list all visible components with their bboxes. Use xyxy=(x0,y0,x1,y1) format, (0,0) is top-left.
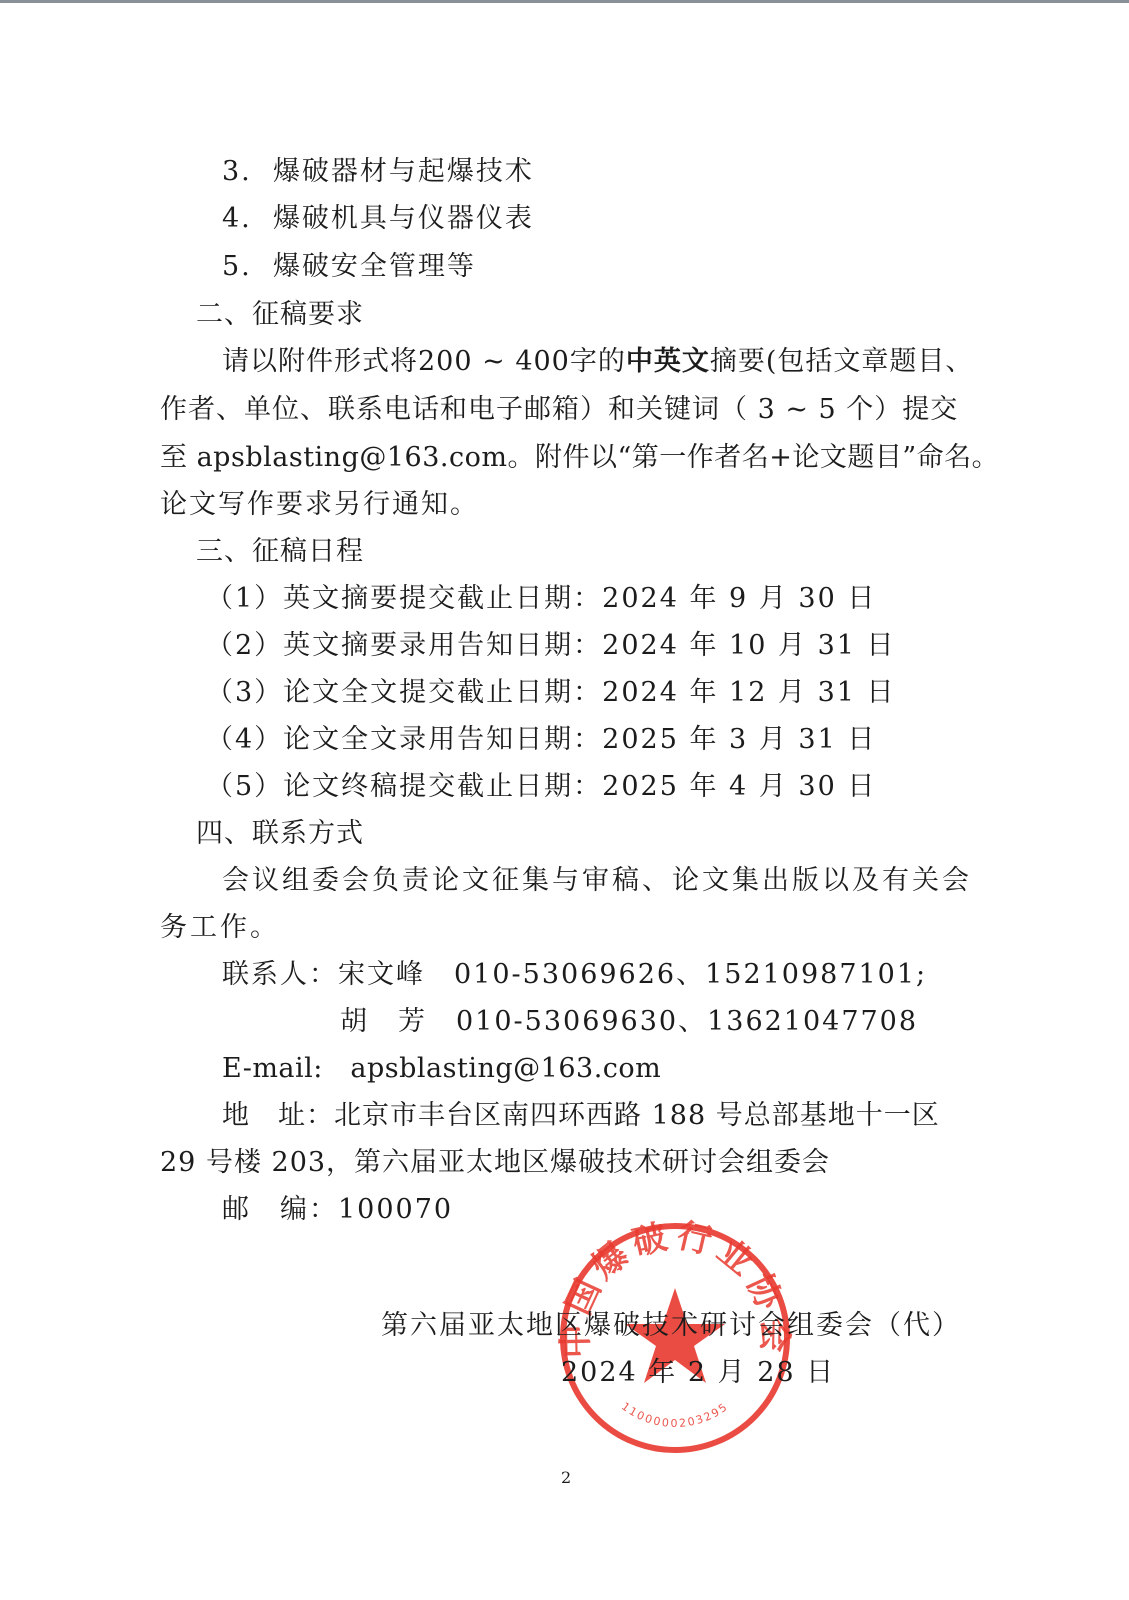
section-heading-schedule: 三、征稿日程 xyxy=(196,535,364,569)
topic-item-3: 3. 爆破器材与起爆技术 xyxy=(222,155,534,189)
requirements-line-2: 作者、单位、联系电话和电子邮箱）和关键词（ 3 ~ 5 个）提交 xyxy=(160,393,958,427)
page-number: 2 xyxy=(561,1468,571,1487)
topic-text: 爆破器材与起爆技术 xyxy=(273,156,534,187)
signature-organization: 第六届亚太地区爆破技术研讨会组委会（代） xyxy=(381,1309,961,1343)
signature-date: 2024 年 2 月 28 日 xyxy=(561,1356,835,1390)
text-span: 请以附件形式将200 ~ 400字的 xyxy=(222,346,626,377)
topic-number: 4. xyxy=(222,203,252,234)
svg-text:1100000203295: 1100000203295 xyxy=(619,1400,731,1430)
contact-person-1: 联系人：宋文峰 010-53069626、15210987101; xyxy=(222,958,927,992)
topic-text: 爆破安全管理等 xyxy=(273,251,476,282)
scan-top-edge xyxy=(0,0,1129,3)
requirements-line-3: 至 apsblasting@163.com。附件以“第一作者名+论文题目”命名。 xyxy=(160,441,999,475)
contact-paragraph-line-2: 务工作。 xyxy=(160,911,280,945)
topic-item-4: 4. 爆破机具与仪器仪表 xyxy=(222,202,534,236)
bold-text-span: 中英文 xyxy=(626,346,710,377)
topic-item-5: 5. 爆破安全管理等 xyxy=(222,250,476,284)
section-heading-contact: 四、联系方式 xyxy=(196,817,364,851)
contact-address-line-2: 29 号楼 203，第六届亚太地区爆破技术研讨会组委会 xyxy=(160,1146,830,1180)
schedule-item: （5）论文终稿提交截止日期：2025 年 4 月 30 日 xyxy=(206,770,876,804)
topic-text: 爆破机具与仪器仪表 xyxy=(273,203,534,234)
topic-number: 3. xyxy=(222,156,252,187)
section-heading-requirements: 二、征稿要求 xyxy=(196,298,364,332)
contact-address-line-1: 地 址：北京市丰台区南四环西路 188 号总部基地十一区 xyxy=(222,1099,940,1133)
contact-email: E-mail: apsblasting@163.com xyxy=(222,1052,661,1086)
requirements-line-4: 论文写作要求另行通知。 xyxy=(160,488,479,522)
topic-number: 5. xyxy=(222,251,252,282)
text-span: 摘要(包括文章题目、 xyxy=(710,346,974,377)
schedule-item: （3）论文全文提交截止日期：2024 年 12 月 31 日 xyxy=(206,676,896,710)
schedule-item: （4）论文全文录用告知日期：2025 年 3 月 31 日 xyxy=(206,723,876,757)
schedule-item: （2）英文摘要录用告知日期：2024 年 10 月 31 日 xyxy=(206,629,896,663)
contact-person-2: 胡 芳 010-53069630、13621047708 xyxy=(340,1005,918,1039)
contact-postcode: 邮 编：100070 xyxy=(222,1193,453,1227)
schedule-item: （1）英文摘要提交截止日期：2024 年 9 月 30 日 xyxy=(206,582,876,616)
contact-paragraph-line-1: 会议组委会负责论文征集与审稿、论文集出版以及有关会 xyxy=(222,864,972,898)
requirements-line-1: 请以附件形式将200 ~ 400字的中英文摘要(包括文章题目、 xyxy=(222,345,973,379)
